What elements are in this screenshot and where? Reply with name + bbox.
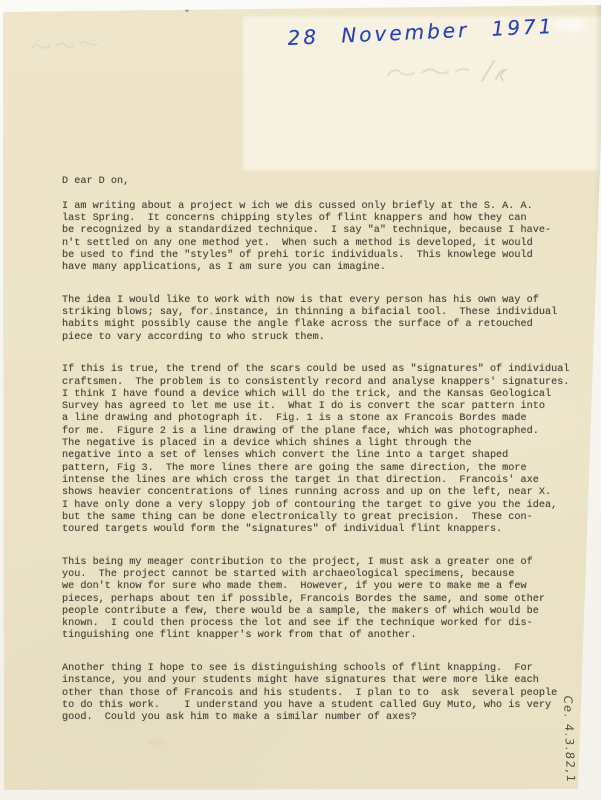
- typewritten-line: instance, you and your students might ha…: [62, 675, 574, 687]
- typewritten-line: The idea I would like to work with now i…: [62, 295, 574, 307]
- typewritten-line: I think I have found a device which will…: [62, 389, 574, 401]
- paper-smudge: [148, 738, 166, 746]
- typewritten-line: tinguishing one flint knapper's work fro…: [62, 630, 574, 642]
- typewritten-line: I have only done a very sloppy job of co…: [62, 500, 574, 512]
- paper-speck: [185, 6, 189, 12]
- typewritten-line: a line drawing and photograph it. Fig. 1…: [62, 413, 574, 425]
- salutation: D ear D on,: [62, 176, 574, 188]
- typewritten-line: last Spring. It concerns chipping styles…: [62, 213, 574, 225]
- typewritten-line: I am writing about a project w ich we di…: [62, 201, 574, 213]
- illegible-pencil-scribble: [28, 30, 108, 58]
- typewritten-line: If this is true, the trend of the scars …: [62, 364, 574, 376]
- paragraph-1: I am writing about a project w ich we di…: [62, 201, 574, 275]
- typewritten-line: we don't know for sure who made them. Ho…: [62, 581, 574, 593]
- paragraph-5: Another thing I hope to see is distingui…: [62, 663, 574, 724]
- typewritten-line: for me. Figure 2 is a line drawing of th…: [62, 426, 574, 438]
- typewritten-line: good. Could you ask him to make a simila…: [62, 712, 574, 724]
- typewritten-line: known. I could then process the lot and …: [62, 618, 574, 630]
- typewritten-line: Another thing I hope to see is distingui…: [62, 663, 574, 675]
- archive-number: Ce. 4.3.82,1: [559, 695, 579, 796]
- typewritten-line: negative into a set of lenses which conv…: [62, 450, 574, 462]
- typewritten-line: be used to find the "styles" of prehi to…: [62, 250, 574, 262]
- typewritten-line: habits might possibly cause the angle fl…: [62, 319, 574, 331]
- typewritten-line: This being my meager contribution to the…: [62, 557, 574, 569]
- letter-body: D ear D on, I am writing about a project…: [62, 176, 574, 725]
- typewritten-line: piece to vary according to who struck th…: [62, 332, 574, 344]
- letter-paper: 28 November 1971 D ear D on, I am writin…: [0, 0, 601, 800]
- typewritten-line: other than those of Francois and his stu…: [62, 688, 574, 700]
- typewritten-line: have many applications, as I am sure you…: [62, 262, 574, 274]
- typewritten-line: craftsmen. The problem is to consistentl…: [62, 377, 574, 389]
- paper-speck: [210, 312, 213, 315]
- paragraph-3: If this is true, the trend of the scars …: [62, 364, 574, 536]
- typewritten-line: people contribute a few, there would be …: [62, 606, 574, 618]
- typewritten-line: intense the lines are which cross the ta…: [62, 475, 574, 487]
- typewritten-line: The negative is placed in a device which…: [62, 438, 574, 450]
- typewritten-line: be recognized by a standardized techniqu…: [62, 225, 574, 237]
- typewritten-line: pieces, perhaps about ten if possible, F…: [62, 594, 574, 606]
- paragraph-4: This being my meager contribution to the…: [62, 557, 574, 643]
- typewritten-line: toured targets would form the "signature…: [62, 524, 574, 536]
- scanned-letter-page: { "document": { "date_handwritten": "28 …: [0, 0, 601, 800]
- typewritten-line: you. The project cannot be started with …: [62, 569, 574, 581]
- typewritten-line: pattern, Fig 3. The more lines there are…: [62, 463, 574, 475]
- typewritten-line: Survey has agreed to let me use it. What…: [62, 401, 574, 413]
- typewritten-line: n't settled on any one method yet. When …: [62, 238, 574, 250]
- paragraph-2: The idea I would like to work with now i…: [62, 295, 574, 344]
- typewritten-line: striking blows; say, for instance, in th…: [62, 307, 574, 319]
- paper-smudge: [553, 18, 587, 32]
- typewritten-line: to do this work. I understand you have a…: [62, 700, 574, 712]
- typewritten-line: but the same thing can be done electroni…: [62, 512, 574, 524]
- typewritten-line: shows heavier concentrations of lines ru…: [62, 487, 574, 499]
- faint-pencil-note: [382, 55, 532, 91]
